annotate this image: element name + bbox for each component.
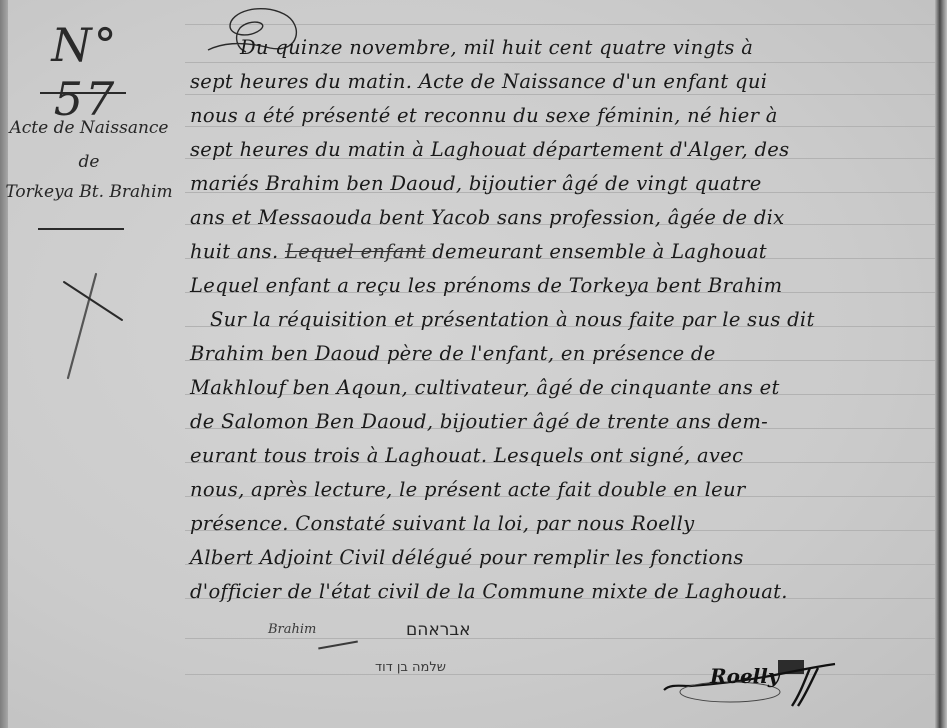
act-number: N° 57 [30, 18, 140, 126]
ruled-line [185, 638, 935, 639]
struck-through-text: Lequel enfant [285, 240, 426, 263]
margin-column: N° 57 Acte de Naissance de Torkeya Bt. B… [0, 0, 180, 728]
body-line: Brahim ben Daoud père de l'enfant, en pr… [190, 342, 716, 365]
margin-title-de: de [0, 152, 178, 172]
act-number-underline [40, 92, 126, 94]
signature-father: Brahim [268, 622, 316, 637]
ruled-line [185, 94, 935, 95]
ruled-line [185, 62, 935, 63]
body-line: d'officier de l'état civil de la Commune… [190, 580, 788, 603]
body-line: nous, après lecture, le présent acte fai… [190, 478, 745, 501]
body-line: Sur la réquisition et présentation à nou… [210, 308, 815, 331]
margin-title-name: Torkeya Bt. Brahim [0, 182, 178, 202]
page-edge [935, 0, 947, 728]
birth-record-page: N° 57 Acte de Naissance de Torkeya Bt. B… [0, 0, 947, 728]
body-line: nous a été présenté et reconnu du sexe f… [190, 104, 778, 127]
signature-hebrew-witness-2: שלמה בן דוד [375, 660, 446, 675]
officer-signature-flourish-icon [660, 650, 845, 710]
body-line: sept heures du matin. Acte de Naissance … [190, 70, 767, 93]
body-line: Albert Adjoint Civil délégué pour rempli… [190, 546, 744, 569]
body-line: de Salomon Ben Daoud, bijoutier âgé de t… [190, 410, 768, 433]
body-line: ans et Messaouda bent Yacob sans profess… [190, 206, 784, 229]
body-line: huit ans. Lequel enfant demeurant ensemb… [190, 240, 767, 263]
signature-father-underline [318, 641, 358, 649]
body-line: Lequel enfant a reçu les prénoms de Tork… [190, 274, 782, 297]
body-line: mariés Brahim ben Daoud, bijoutier âgé d… [190, 172, 762, 195]
cross-mark-icon [62, 272, 132, 382]
body-line: Makhlouf ben Aqoun, cultivateur, âgé de … [190, 376, 780, 399]
body-line: Du quinze novembre, mil huit cent quatre… [240, 36, 753, 59]
signature-hebrew-witness-1: אבראהם [406, 620, 471, 640]
margin-title-act: Acte de Naissance [0, 118, 178, 138]
body-line: sept heures du matin à Laghouat départem… [190, 138, 789, 161]
body-line: présence. Constaté suivant la loi, par n… [190, 512, 694, 535]
margin-title-underline [38, 228, 124, 230]
body-line: eurant tous trois à Laghouat. Lesquels o… [190, 444, 743, 467]
